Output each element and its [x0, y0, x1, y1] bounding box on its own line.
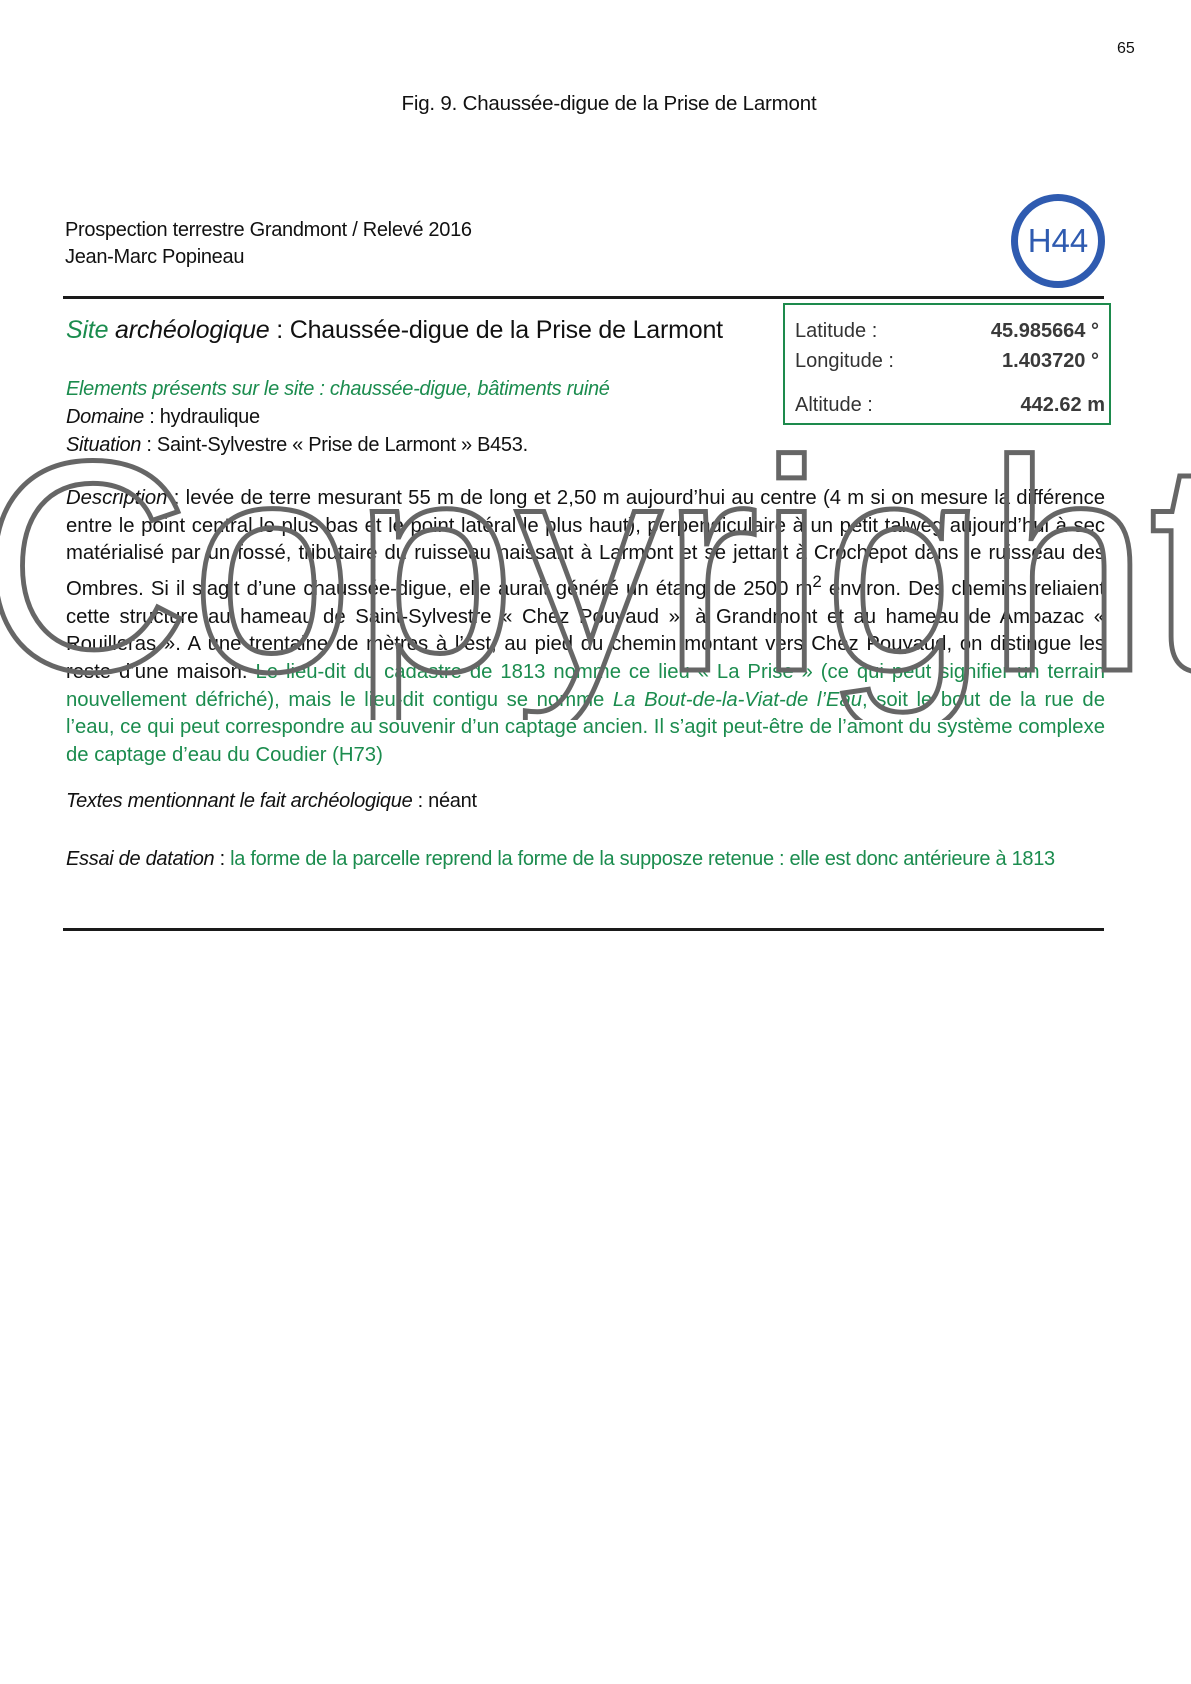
situation-value: : Saint-Sylvestre « Prise de Larmont » B…	[141, 434, 528, 456]
latitude-row: Latitude : 45.985664 °	[795, 320, 1099, 343]
site-label: Site	[66, 316, 108, 344]
bottom-divider	[63, 928, 1104, 931]
top-divider	[63, 296, 1104, 299]
domaine-value: : hydraulique	[144, 406, 260, 428]
figure-caption: Fig. 9. Chaussée-digue de la Prise de La…	[0, 92, 1191, 116]
textes-label: Textes mentionnant le fait archéologique	[66, 790, 412, 812]
coordinates-box: Latitude : 45.985664 ° Longitude : 1.403…	[783, 303, 1111, 425]
description-label: Description	[66, 487, 167, 509]
survey-header: Prospection terrestre Grandmont / Relevé…	[65, 217, 472, 271]
datation-label: Essai de datation	[66, 848, 214, 870]
place-name: La Bout-de-la-Viat-de l’Eau	[613, 689, 862, 711]
site-title: Site archéologique : Chaussée-digue de l…	[66, 316, 723, 345]
altitude-row: Altitude : 442.62 m	[795, 394, 1105, 417]
datation-separator: :	[214, 848, 230, 870]
site-code-badge: H44	[1011, 194, 1105, 288]
situation-label: Situation	[66, 434, 141, 456]
altitude-value: 442.62 m	[1020, 394, 1105, 417]
archeo-label: archéologique	[115, 316, 269, 344]
longitude-label: Longitude :	[795, 350, 894, 373]
latitude-value: 45.985664 °	[991, 320, 1099, 343]
textes-field: Textes mentionnant le fait archéologique…	[66, 790, 477, 813]
longitude-value: 1.403720 °	[1002, 350, 1099, 373]
page-number: 65	[1117, 40, 1135, 58]
superscript: 2	[812, 572, 821, 591]
domaine-field: Domaine : hydraulique	[66, 403, 610, 431]
datation-value: la forme de la parcelle reprend la forme…	[230, 848, 1055, 870]
title-separator: :	[270, 316, 290, 344]
elements-present: Elements présents sur le site : chaussée…	[66, 375, 610, 403]
author-name: Jean-Marc Popineau	[65, 244, 472, 271]
latitude-label: Latitude :	[795, 320, 877, 343]
textes-value: : néant	[412, 790, 476, 812]
domaine-label: Domaine	[66, 406, 144, 428]
datation-field: Essai de datation : la forme de la parce…	[66, 845, 1106, 873]
longitude-row: Longitude : 1.403720 °	[795, 350, 1099, 373]
site-fields: Elements présents sur le site : chaussée…	[66, 375, 610, 459]
altitude-label: Altitude :	[795, 394, 873, 417]
site-name: Chaussée-digue de la Prise de Larmont	[290, 316, 723, 344]
survey-title: Prospection terrestre Grandmont / Relevé…	[65, 217, 472, 244]
description-paragraph: Description : levée de terre mesurant 55…	[66, 485, 1105, 770]
situation-field: Situation : Saint-Sylvestre « Prise de L…	[66, 431, 610, 459]
